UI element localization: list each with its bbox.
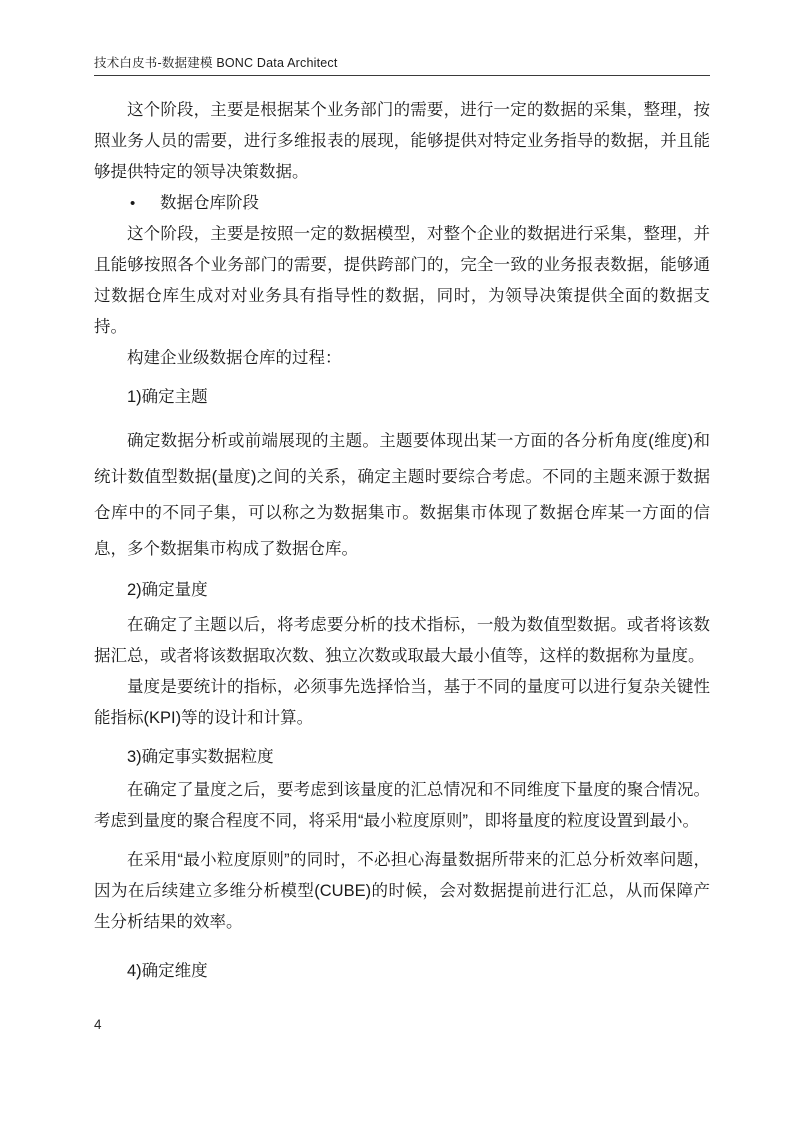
paragraph-warehouse-stage-desc: 这个阶段，主要是按照一定的数据模型，对整个企业的数据进行采集，整理，并且能够按照…	[94, 219, 710, 343]
section-heading-4-define-dimension: 4)确定维度	[94, 956, 710, 987]
section-heading-3-define-fact-granularity: 3)确定事实数据粒度	[94, 742, 710, 773]
bullet-item-data-warehouse-stage: •数据仓库阶段	[94, 188, 710, 219]
bullet-icon: •	[130, 188, 160, 219]
paragraph-define-subject-desc: 确定数据分析或前端展现的主题。主题要体现出某一方面的各分析角度(维度)和统计数值…	[94, 423, 710, 567]
paragraph-granularity-desc-1: 在确定了量度之后，要考虑到该量度的汇总情况和不同维度下量度的聚合情况。考虑到量度…	[94, 775, 710, 837]
paragraph-build-process-intro: 构建企业级数据仓库的过程：	[94, 343, 710, 374]
paragraph-business-dept-stage: 这个阶段，主要是根据某个业务部门的需要，进行一定的数据的采集，整理，按照业务人员…	[94, 95, 710, 188]
page-header: 技术白皮书-数据建模 BONC Data Architect	[94, 52, 710, 76]
paragraph-define-measure-desc-2: 量度是要统计的指标，必须事先选择恰当，基于不同的量度可以进行复杂关键性能指标(K…	[94, 672, 710, 734]
header-title: 技术白皮书-数据建模 BONC Data Architect	[94, 56, 338, 70]
section-heading-2-define-measure: 2)确定量度	[94, 575, 710, 606]
document-page: 技术白皮书-数据建模 BONC Data Architect 这个阶段，主要是根…	[0, 0, 793, 1122]
document-body: 这个阶段，主要是根据某个业务部门的需要，进行一定的数据的采集，整理，按照业务人员…	[94, 95, 710, 987]
paragraph-granularity-desc-2: 在采用“最小粒度原则”的同时，不必担心海量数据所带来的汇总分析效率问题，因为在后…	[94, 845, 710, 938]
paragraph-define-measure-desc-1: 在确定了主题以后，将考虑要分析的技术指标，一般为数值型数据。或者将该数据汇总，或…	[94, 610, 710, 672]
section-heading-1-define-subject: 1)确定主题	[94, 382, 710, 413]
page-number: 4	[94, 1016, 102, 1034]
bullet-label: 数据仓库阶段	[160, 194, 259, 212]
